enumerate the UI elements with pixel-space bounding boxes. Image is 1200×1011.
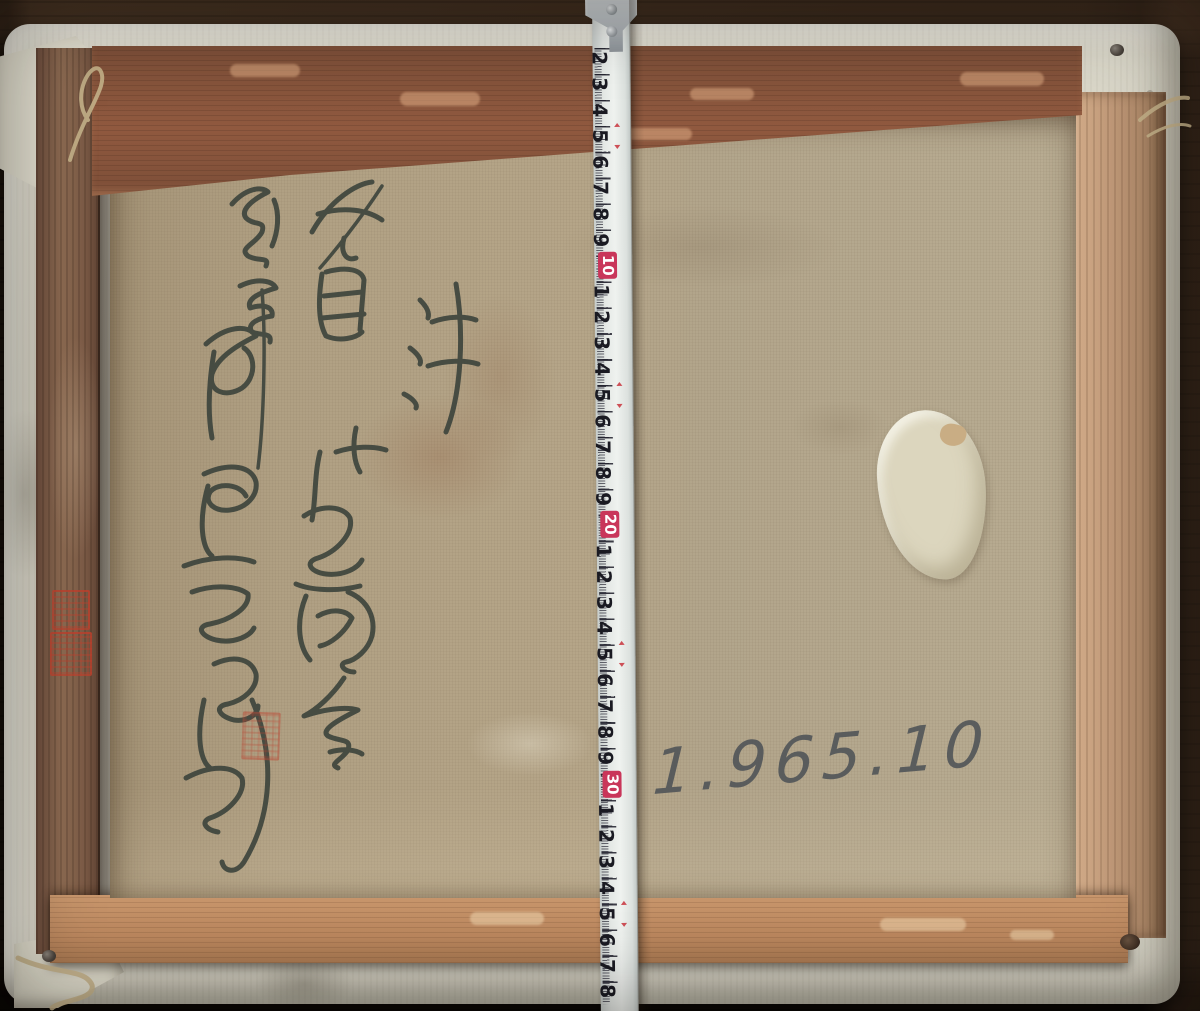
- tape-label: 7: [594, 174, 632, 200]
- tape-label: 6: [596, 408, 634, 434]
- tape-numbers: 2345678910123456789201234567893012345678: [592, 51, 638, 1007]
- putty-mark: [880, 918, 966, 931]
- tape-label: 2: [597, 563, 635, 589]
- tape-label: 2: [595, 304, 633, 330]
- nail-top-right: [1110, 44, 1124, 56]
- tape-label: 8: [594, 200, 632, 226]
- tape-label: 6: [600, 926, 638, 952]
- tape-label: 4: [593, 97, 631, 123]
- stretcher-bar-right: [1072, 92, 1166, 938]
- tape-label: 8: [596, 460, 634, 486]
- measuring-tape: 2345678910123456789201234567893012345678: [592, 0, 639, 1011]
- putty-mark: [960, 72, 1044, 86]
- tape-label: 2: [599, 823, 637, 849]
- tape-label: 8: [601, 978, 639, 1004]
- putty-mark: [400, 92, 480, 106]
- tape-rivet: [606, 26, 617, 37]
- tape-label: 5: [600, 900, 638, 926]
- red-seal-canvas: [241, 711, 281, 760]
- tape-rivet: [606, 4, 617, 15]
- tape-label-decade: 30: [599, 771, 637, 797]
- tape-label: 7: [598, 693, 636, 719]
- tape-label: 6: [593, 149, 631, 175]
- putty-mark: [1010, 930, 1054, 940]
- tape-label: 7: [600, 952, 638, 978]
- putty-mark: [470, 912, 544, 925]
- tape-label: 9: [594, 226, 632, 252]
- tape-label: 1: [594, 278, 632, 304]
- putty-mark: [690, 88, 754, 100]
- tape-label: 4: [597, 615, 635, 641]
- tape-label: 3: [599, 849, 637, 875]
- wood-knot-bottom-right: [1120, 934, 1140, 950]
- tape-label-decade: 20: [597, 512, 635, 538]
- tape-label: 9: [599, 745, 637, 771]
- red-seal-left-bar-upper: [52, 590, 90, 630]
- tape-label: 4: [595, 356, 633, 382]
- tape-label: 5: [593, 123, 631, 149]
- nail-bottom-left: [42, 950, 56, 962]
- tape-label: 4: [600, 875, 638, 901]
- tape-label: 6: [598, 667, 636, 693]
- tape-label: 7: [596, 434, 634, 460]
- tape-label: 1: [597, 537, 635, 563]
- putty-mark: [230, 64, 300, 77]
- stretcher-bar-bottom: [50, 895, 1128, 963]
- tape-label: 3: [593, 71, 631, 97]
- tape-label-decade: 10: [594, 252, 632, 278]
- photo-back-of-painting: 1.965.10 2345678910123456789201234567893…: [0, 0, 1200, 1011]
- tape-label: 3: [595, 330, 633, 356]
- tape-label: 3: [597, 589, 635, 615]
- tape-label: 9: [596, 486, 634, 512]
- stretcher-bar-left: [36, 48, 100, 954]
- tape-label: 8: [598, 719, 636, 745]
- tape-label: 5: [598, 641, 636, 667]
- tape-label: 1: [599, 797, 637, 823]
- red-seal-left-bar-lower: [50, 632, 92, 676]
- tape-label: 5: [595, 382, 633, 408]
